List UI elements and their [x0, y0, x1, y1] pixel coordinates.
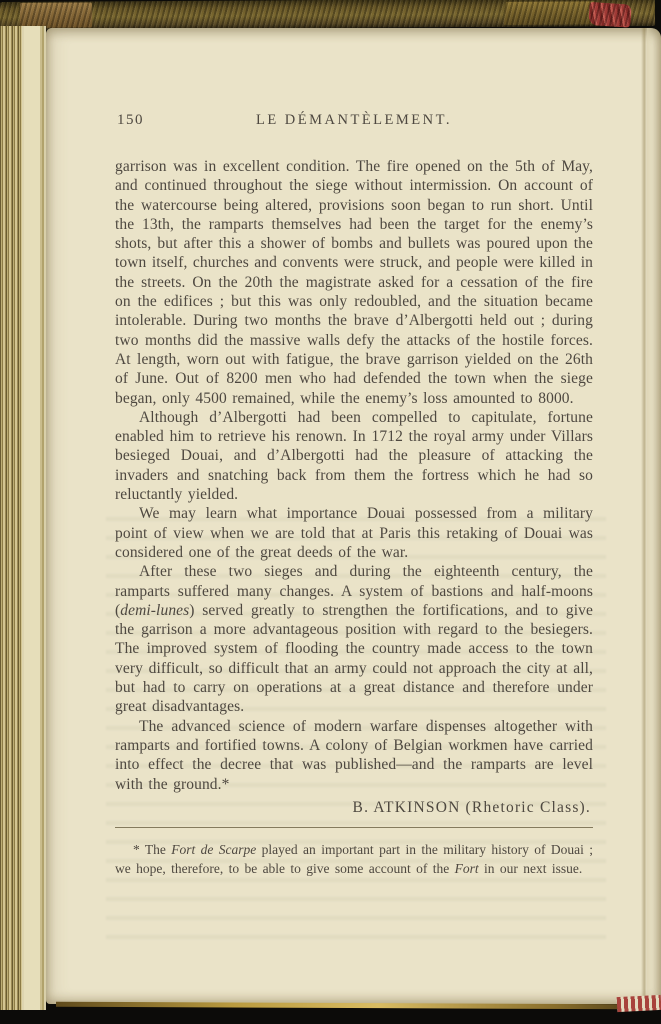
- italic-text: demi-lunes: [120, 602, 189, 619]
- text-segment: in our next issue.: [479, 861, 583, 876]
- page-stack-left-edge: [0, 26, 46, 1010]
- adjacent-page-sliver: [647, 28, 661, 1004]
- text-segment: * The: [133, 842, 171, 857]
- paragraph: Although d’Albergotti had been compelled…: [115, 408, 593, 504]
- book-page: 150 LE DÉMANTÈLEMENT. garrison was in ex…: [46, 28, 661, 1004]
- paragraph: The advanced science of modern warfare d…: [115, 717, 593, 794]
- page-stack-stripes: [0, 26, 22, 1010]
- italic-text: Fort de Scarpe: [171, 842, 256, 857]
- footnote-divider: [115, 827, 593, 828]
- text-segment: The advanced science of modern warfare d…: [115, 718, 593, 793]
- headband-ribbon: [588, 2, 631, 28]
- page-stack-face: [22, 26, 46, 1010]
- running-title: LE DÉMANTÈLEMENT.: [115, 112, 593, 129]
- cover-leather-patch-left: [20, 2, 92, 27]
- paragraph: garrison was in excellent condition. The…: [115, 157, 593, 408]
- tailband-bottom-right: [617, 995, 661, 1012]
- paragraph: We may learn what importance Douai posse…: [115, 504, 593, 562]
- text-segment: We may learn what importance Douai posse…: [115, 505, 593, 561]
- footnote-text: * The Fort de Scarpe played an important…: [115, 840, 593, 878]
- italic-text: Fort: [455, 861, 479, 876]
- printed-text-block: 150 LE DÉMANTÈLEMENT. garrison was in ex…: [115, 112, 593, 878]
- text-segment: Although d’Albergotti had been compelled…: [115, 409, 593, 503]
- text-segment: garrison was in excellent condition. The…: [115, 158, 593, 407]
- page-header: 150 LE DÉMANTÈLEMENT.: [115, 112, 593, 132]
- book-cover-top-edge: [0, 0, 655, 30]
- cover-leather-patch-right: [504, 1, 594, 25]
- paragraph: After these two sieges and during the ei…: [115, 562, 593, 716]
- book-photo: { "colors": { "backdrop": "#0c0b09", "pa…: [0, 0, 661, 1024]
- author-signature: B. ATKINSON (Rhetoric Class).: [115, 798, 593, 818]
- body-paragraphs: garrison was in excellent condition. The…: [115, 157, 593, 794]
